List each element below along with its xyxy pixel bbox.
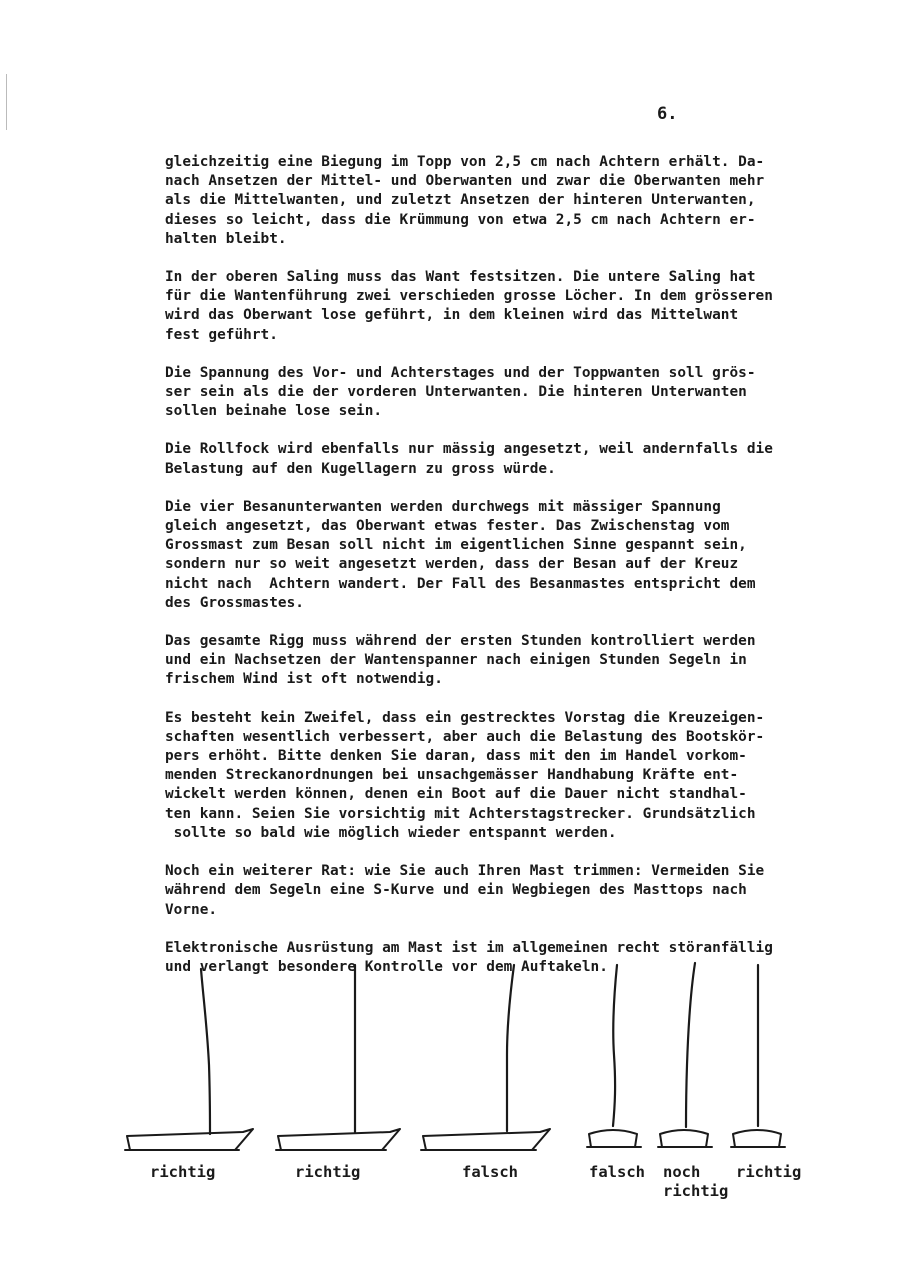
paragraph-forestay: Es besteht kein Zweifel, dass ein gestre… (165, 709, 825, 843)
side-hull-2 (276, 1129, 400, 1150)
paragraph-mast-trim-advice: Noch ein weiterer Rat: wie Sie auch Ihre… (165, 862, 825, 920)
paragraph-saling: In der oberen Saling muss das Want fests… (165, 268, 825, 345)
front-hull-2 (658, 1130, 712, 1147)
paragraph-besan: Die vier Besanunterwanten werden durchwe… (165, 498, 825, 613)
paragraph-rollfock: Die Rollfock wird ebenfalls nur mässig a… (165, 440, 825, 478)
body-text: gleichzeitig eine Biegung im Topp von 2,… (165, 153, 825, 996)
boat-label-3: falsch (462, 1163, 518, 1182)
front-mast-1 (613, 965, 617, 1126)
page-number: 6. (657, 104, 677, 124)
front-hull-3 (731, 1130, 785, 1147)
boat-label-4: falsch (589, 1163, 645, 1182)
paragraph-rig-check: Das gesamte Rigg muss während der ersten… (165, 632, 825, 690)
paragraph-stay-tension: Die Spannung des Vor- und Achterstages u… (165, 364, 825, 422)
boat-label-6: richtig (736, 1163, 801, 1182)
boat-label-2: richtig (295, 1163, 360, 1182)
mast-trim-figure: richtig richtig falsch falsch noch richt… (0, 955, 909, 1215)
boat-label-1: richtig (150, 1163, 215, 1182)
scan-edge-mark (6, 74, 7, 130)
side-mast-3 (507, 965, 514, 1131)
side-hull-3 (421, 1129, 550, 1150)
boat-label-5: noch richtig (663, 1163, 728, 1201)
front-mast-2 (686, 963, 695, 1127)
side-hull-1 (125, 1129, 253, 1150)
side-mast-1 (201, 969, 210, 1134)
front-hull-1 (587, 1130, 641, 1147)
paragraph-mast-bend: gleichzeitig eine Biegung im Topp von 2,… (165, 153, 825, 249)
